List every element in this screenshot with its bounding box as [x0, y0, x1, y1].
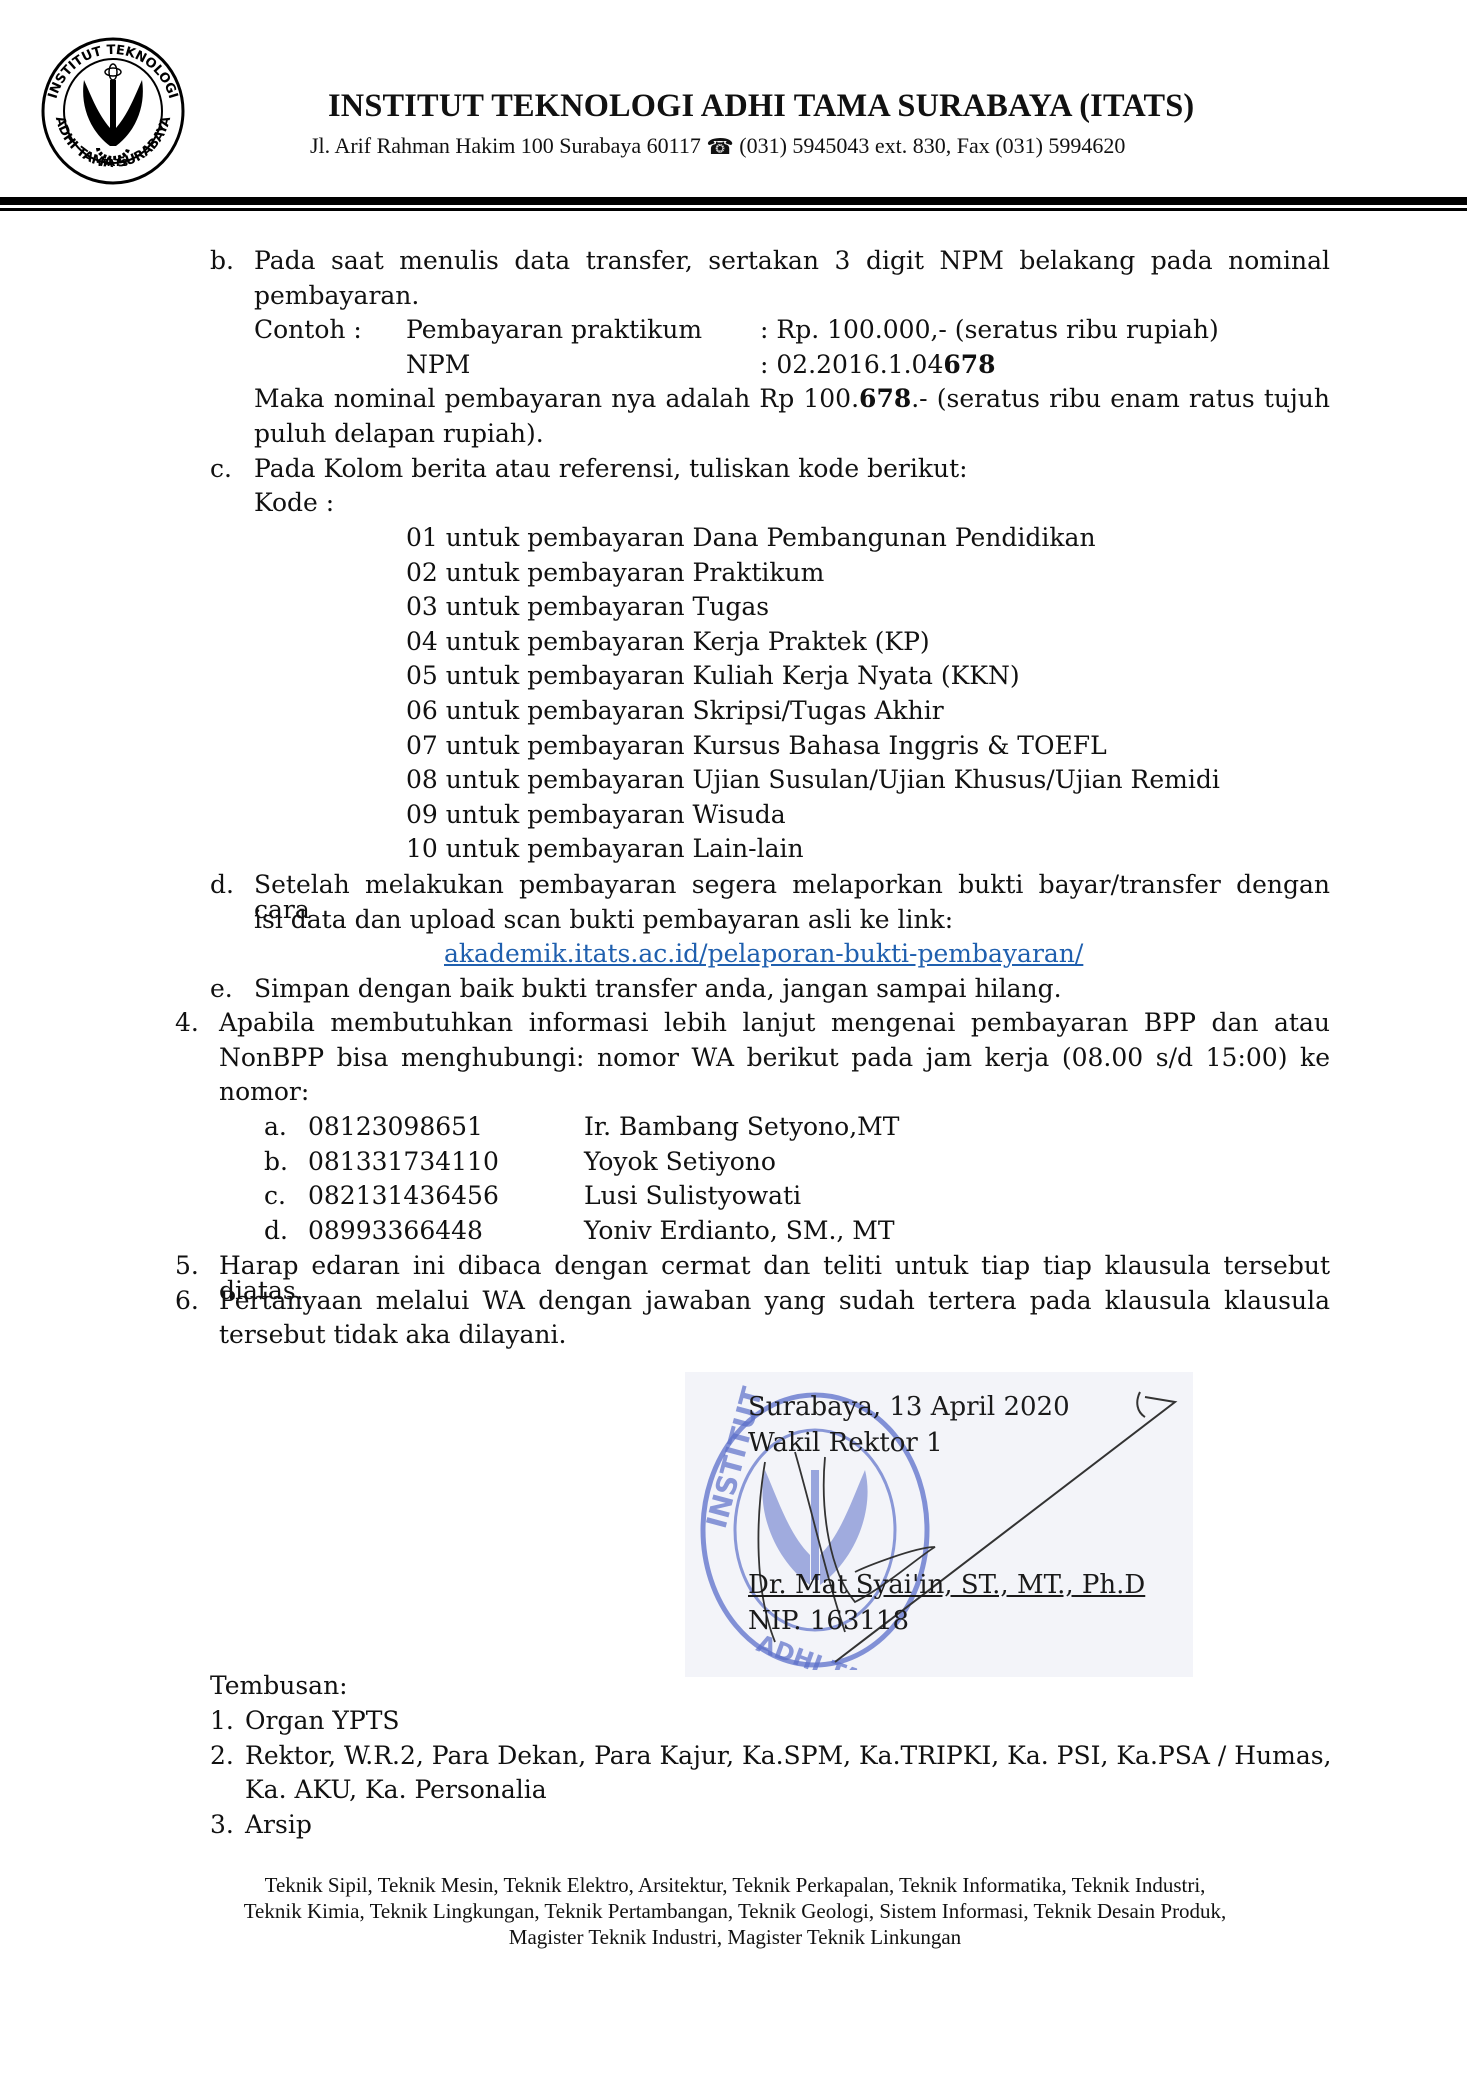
signatory-name: Dr. Mat Syai'in, ST., MT., Ph.D	[748, 1570, 1145, 1600]
logo-center-label: ITATS	[98, 158, 129, 169]
item-4-line2: NonBPP bisa menghubungi: nomor WA beriku…	[219, 1045, 1330, 1070]
example-row-value: : 02.2016.1.04678	[760, 352, 996, 377]
footer-line-1: Teknik Sipil, Teknik Mesin, Teknik Elekt…	[140, 1872, 1330, 1898]
section-b-result-line2: puluh delapan rupiah).	[254, 421, 544, 446]
tembusan-marker: 2.	[210, 1743, 234, 1768]
payment-code-item: 10 untuk pembayaran Lain-lain	[406, 836, 804, 861]
contact-marker: d.	[264, 1218, 288, 1243]
contact-text: (031) 5945043 ext. 830, Fax (031) 599462…	[739, 133, 1125, 158]
institution-name: INSTITUT TEKNOLOGI ADHI TAMA SURABAYA (I…	[328, 88, 1194, 125]
example-label: Contoh :	[254, 317, 362, 342]
institution-address: Jl. Arif Rahman Hakim 100 Surabaya 60117…	[310, 133, 1125, 160]
itats-logo: INSTITUT TEKNOLOGI ADHI TAMA SURABAYA IT…	[40, 36, 186, 186]
footer-programs: Teknik Sipil, Teknik Mesin, Teknik Elekt…	[140, 1872, 1330, 1950]
item-6-marker: 6.	[175, 1288, 199, 1313]
telephone-icon: ☎	[706, 134, 733, 160]
payment-code-item: 03 untuk pembayaran Tugas	[406, 594, 769, 619]
section-e-marker: e.	[210, 976, 233, 1001]
signatory-nip: NIP. 163118	[748, 1606, 909, 1636]
header-rule-thin	[0, 208, 1467, 211]
contact-name: Yoniv Erdianto, SM., MT	[584, 1218, 895, 1243]
contact-name: Lusi Sulistyowati	[584, 1183, 801, 1208]
section-e-text: Simpan dengan baik bukti transfer anda, …	[254, 976, 1062, 1001]
signature-position: Wakil Rektor 1	[748, 1428, 943, 1458]
result-suffix: .- (seratus ribu enam ratus tujuh	[911, 384, 1330, 413]
result-digits: 678	[859, 384, 911, 413]
payment-code-item: 01 untuk pembayaran Dana Pembangunan Pen…	[406, 525, 1096, 550]
section-b-line2: pembayaran.	[254, 283, 419, 308]
section-c-text: Pada Kolom berita atau referensi, tulisk…	[254, 456, 968, 481]
payment-code-item: 06 untuk pembayaran Skripsi/Tugas Akhir	[406, 698, 944, 723]
footer-line-3: Magister Teknik Industri, Magister Tekni…	[140, 1924, 1330, 1950]
payment-code-item: 02 untuk pembayaran Praktikum	[406, 560, 824, 585]
address-text: Jl. Arif Rahman Hakim 100 Surabaya 60117	[310, 133, 701, 158]
contact-name: Ir. Bambang Setyono,MT	[584, 1114, 899, 1139]
contact-marker: a.	[264, 1114, 287, 1139]
section-b-marker: b.	[210, 248, 234, 273]
example-row-label: Pembayaran praktikum	[406, 317, 702, 342]
tembusan-item: Arsip	[245, 1812, 312, 1837]
npm-digits: 678	[943, 350, 995, 379]
footer-line-2: Teknik Kimia, Teknik Lingkungan, Teknik …	[140, 1898, 1330, 1924]
section-c-marker: c.	[210, 456, 232, 481]
section-d-line2: isi data dan upload scan bukti pembayara…	[254, 907, 953, 932]
contact-name: Yoyok Setiyono	[584, 1149, 776, 1174]
tembusan-item: Organ YPTS	[245, 1708, 400, 1733]
tembusan-item: Rektor, W.R.2, Para Dekan, Para Kajur, K…	[245, 1743, 1332, 1768]
payment-code-item: 07 untuk pembayaran Kursus Bahasa Inggri…	[406, 733, 1107, 758]
example-row-value: : Rp. 100.000,- (seratus ribu rupiah)	[760, 317, 1219, 342]
header-rule-thick	[0, 197, 1467, 205]
contact-marker: c.	[264, 1183, 286, 1208]
contact-phone-number: 081331734110	[308, 1149, 499, 1174]
tembusan-title: Tembusan:	[210, 1673, 348, 1698]
payment-code-item: 09 untuk pembayaran Wisuda	[406, 802, 786, 827]
contact-phone-number: 08993366448	[308, 1218, 483, 1243]
npm-prefix: : 02.2016.1.04	[760, 350, 943, 379]
tembusan-item-continued: Ka. AKU, Ka. Personalia	[245, 1777, 547, 1802]
section-b-result-line1: Maka nominal pembayaran nya adalah Rp 10…	[254, 386, 1330, 411]
code-label: Kode :	[254, 490, 334, 515]
item-5-marker: 5.	[175, 1253, 199, 1278]
report-link[interactable]: akademik.itats.ac.id/pelaporan-bukti-pem…	[444, 941, 1083, 966]
tembusan-marker: 1.	[210, 1708, 234, 1733]
payment-code-item: 08 untuk pembayaran Ujian Susulan/Ujian …	[406, 767, 1220, 792]
contact-marker: b.	[264, 1149, 288, 1174]
payment-code-item: 05 untuk pembayaran Kuliah Kerja Nyata (…	[406, 663, 1020, 688]
item-4-line3: nomor:	[219, 1079, 309, 1104]
contact-phone-number: 08123098651	[308, 1114, 483, 1139]
item-6-line1: Pertanyaan melalui WA dengan jawaban yan…	[219, 1288, 1330, 1313]
item-4-line1: Apabila membutuhkan informasi lebih lanj…	[219, 1010, 1330, 1035]
example-row-label: NPM	[406, 352, 470, 377]
section-b-line1: Pada saat menulis data transfer, sertaka…	[254, 248, 1330, 273]
item-6-line2: tersebut tidak aka dilayani.	[219, 1322, 566, 1347]
item-4-marker: 4.	[175, 1010, 199, 1035]
contact-phone-number: 082131436456	[308, 1183, 499, 1208]
signature-place-date: Surabaya, 13 April 2020	[748, 1392, 1070, 1422]
section-d-marker: d.	[210, 872, 234, 897]
tembusan-marker: 3.	[210, 1812, 234, 1837]
payment-code-item: 04 untuk pembayaran Kerja Praktek (KP)	[406, 629, 930, 654]
result-prefix: Maka nominal pembayaran nya adalah Rp 10…	[254, 384, 859, 413]
